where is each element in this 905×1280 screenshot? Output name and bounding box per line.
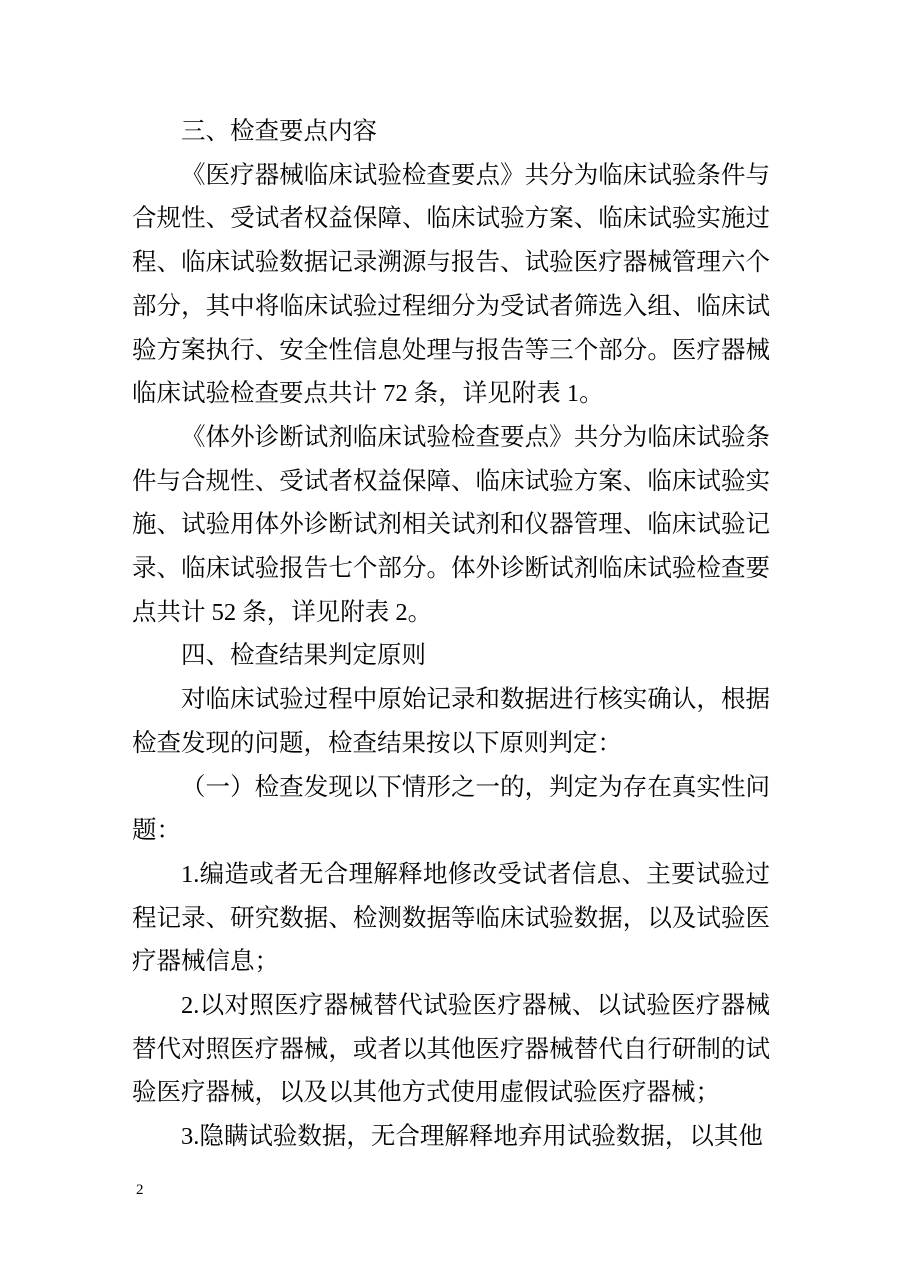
page-number: 2 — [136, 1180, 144, 1200]
paragraph: 3.隐瞒试验数据，无合理解释地弃用试验数据，以其他 — [132, 1115, 770, 1159]
paragraph: 四、检查结果判定原则 — [132, 634, 770, 678]
paragraph: 2.以对照医疗器械替代试验医疗器械、以试验医疗器械替代对照医疗器械，或者以其他医… — [132, 984, 770, 1115]
paragraph: 《体外诊断试剂临床试验检查要点》共分为临床试验条件与合规性、受试者权益保障、临床… — [132, 416, 770, 635]
document-page: 三、检查要点内容 《医疗器械临床试验检查要点》共分为临床试验条件与合规性、受试者… — [0, 0, 905, 1280]
document-body: 三、检查要点内容 《医疗器械临床试验检查要点》共分为临床试验条件与合规性、受试者… — [132, 110, 770, 1159]
paragraph: 1.编造或者无合理解释地修改受试者信息、主要试验过程记录、研究数据、检测数据等临… — [132, 853, 770, 984]
paragraph: 《医疗器械临床试验检查要点》共分为临床试验条件与合规性、受试者权益保障、临床试验… — [132, 154, 770, 416]
paragraph: 三、检查要点内容 — [132, 110, 770, 154]
paragraph: （一）检查发现以下情形之一的，判定为存在真实性问题： — [132, 766, 770, 853]
paragraph: 对临床试验过程中原始记录和数据进行核实确认，根据检查发现的问题，检查结果按以下原… — [132, 678, 770, 765]
